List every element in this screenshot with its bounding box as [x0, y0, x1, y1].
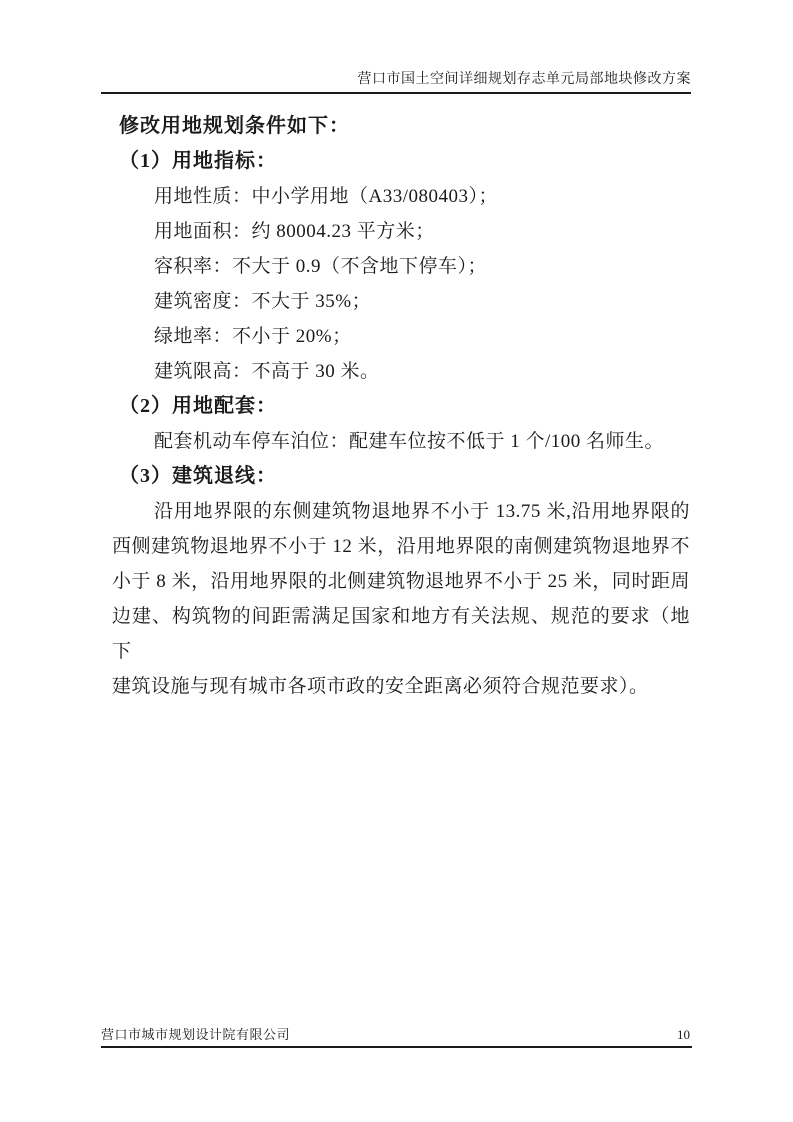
footer-page-number: 10 — [677, 1026, 692, 1044]
green-ratio-item: 绿地率：不小于 20%； — [112, 319, 690, 354]
header-title: 营口市国土空间详细规划存志单元局部地块修改方案 — [101, 70, 691, 92]
plot-ratio-item: 容积率：不大于 0.9（不含地下停车）； — [112, 249, 690, 284]
height-limit-item: 建筑限高：不高于 30 米。 — [112, 354, 690, 389]
section-1-heading: （1）用地指标： — [112, 144, 690, 179]
land-area-item: 用地面积：约 80004.23 平方米； — [112, 214, 690, 249]
land-use-type-item: 用地性质：中小学用地（A33/080403）； — [112, 179, 690, 214]
document-page: 营口市国土空间详细规划存志单元局部地块修改方案 修改用地规划条件如下： （1）用… — [0, 0, 793, 1122]
section-3-heading: （3）建筑退线： — [112, 459, 690, 494]
section-2-heading: （2）用地配套： — [112, 389, 690, 424]
footer-company: 营口市城市规划设计院有限公司 — [101, 1026, 290, 1044]
document-body: 修改用地规划条件如下： （1）用地指标： 用地性质：中小学用地（A33/0804… — [112, 109, 690, 704]
setback-line-4: 边建、构筑物的间距需满足国家和地方有关法规、规范的要求（地下 — [112, 599, 690, 669]
page-footer: 营口市城市规划设计院有限公司 10 — [101, 1026, 692, 1048]
setback-line-1: 沿用地界限的东侧建筑物退地界不小于 13.75 米,沿用地界限的 — [112, 494, 690, 529]
setback-paragraph: 沿用地界限的东侧建筑物退地界不小于 13.75 米,沿用地界限的 西侧建筑物退地… — [112, 494, 690, 704]
intro-heading: 修改用地规划条件如下： — [112, 109, 690, 144]
setback-line-3: 小于 8 米，沿用地界限的北侧建筑物退地界不小于 25 米，同时距周 — [112, 564, 690, 599]
page-header: 营口市国土空间详细规划存志单元局部地块修改方案 — [101, 0, 691, 94]
setback-line-5: 建筑设施与现有城市各项市政的安全距离必须符合规范要求）。 — [112, 669, 690, 704]
setback-line-2: 西侧建筑物退地界不小于 12 米，沿用地界限的南侧建筑物退地界不 — [112, 529, 690, 564]
parking-provision-item: 配套机动车停车泊位：配建车位按不低于 1 个/100 名师生。 — [112, 424, 690, 459]
building-density-item: 建筑密度：不大于 35%； — [112, 284, 690, 319]
